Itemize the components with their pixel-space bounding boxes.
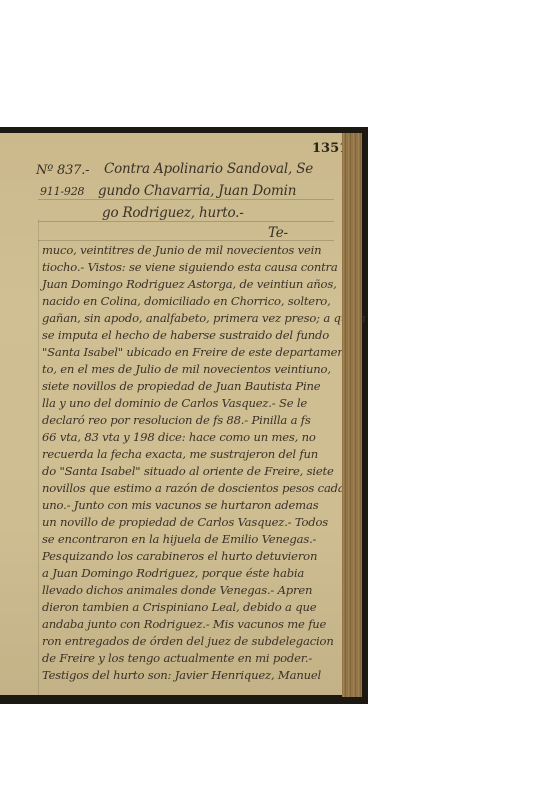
body-line: llevado dichos animales donde Venegas.- … bbox=[42, 583, 312, 597]
body-line: un novillo de propiedad de Carlos Vasque… bbox=[42, 515, 328, 529]
body-line: do "Santa Isabel" situado al oriente de … bbox=[42, 464, 334, 478]
page-stack-edge bbox=[342, 133, 362, 697]
body-line: recuerda la fecha exacta, me sustrajeron… bbox=[42, 447, 318, 461]
body-line: Pesquizando los carabineros el hurto det… bbox=[42, 549, 317, 563]
body-line: a Juan Domingo Rodriguez, porque éste ha… bbox=[42, 566, 304, 580]
body-line: gañan, sin apodo, analfabeto, primera ve… bbox=[42, 311, 365, 325]
entry-date: 911-928 bbox=[40, 185, 84, 198]
body-line: andaba junto con Rodriguez.- Mis vacunos… bbox=[42, 617, 326, 631]
body-line: Testigos del hurto son: Javier Henriquez… bbox=[42, 668, 321, 682]
heading-line-4: Te- bbox=[268, 225, 288, 241]
margin-rule bbox=[38, 219, 39, 695]
body-line: ron entregados de órden del juez de subd… bbox=[42, 634, 334, 648]
body-line: siete novillos de propiedad de Juan Baut… bbox=[42, 379, 320, 393]
rule bbox=[38, 199, 334, 200]
ledger-page: 1351 Nº 837.- 911-928 Contra Apolinario … bbox=[0, 133, 342, 695]
body-line: se encontraron en la hijuela de Emilio V… bbox=[42, 532, 316, 546]
rule bbox=[38, 221, 334, 222]
rule bbox=[38, 240, 334, 241]
heading-line-1: Contra Apolinario Sandoval, Se bbox=[104, 161, 313, 177]
manuscript-photo: 1351 Nº 837.- 911-928 Contra Apolinario … bbox=[0, 127, 368, 704]
body-line: nacido en Colina, domiciliado en Chorric… bbox=[42, 294, 331, 308]
body-line: muco, veintitres de Junio de mil novecie… bbox=[42, 243, 321, 257]
entry-number: Nº 837.- bbox=[36, 163, 89, 178]
body-line: declaró reo por resolucion de fs 88.- Pi… bbox=[42, 413, 311, 427]
body-line: tiocho.- Vistos: se viene siguiendo esta… bbox=[42, 260, 338, 274]
body-line: se imputa el hecho de haberse sustraido … bbox=[42, 328, 329, 342]
body-line: "Santa Isabel" ubicado en Freire de este… bbox=[42, 345, 345, 359]
body-line: lla y uno del dominio de Carlos Vasquez.… bbox=[42, 396, 307, 410]
heading-line-3: go Rodriguez, hurto.- bbox=[102, 205, 244, 221]
body-line: dieron tambien a Crispiniano Leal, debid… bbox=[42, 600, 316, 614]
body-line: Juan Domingo Rodriguez Astorga, de veint… bbox=[42, 277, 337, 291]
body-line: novillos que estimo a razón de dosciento… bbox=[42, 481, 345, 495]
body-line: 66 vta, 83 vta y 198 dice: hace como un … bbox=[42, 430, 316, 444]
body-line: to, en el mes de Julio de mil noveciento… bbox=[42, 362, 331, 376]
heading-line-2: gundo Chavarria, Juan Domin bbox=[98, 183, 296, 199]
body-line: de Freire y los tengo actualmente en mi … bbox=[42, 651, 312, 665]
body-line: uno.- Junto con mis vacunos se hurtaron … bbox=[42, 498, 318, 512]
